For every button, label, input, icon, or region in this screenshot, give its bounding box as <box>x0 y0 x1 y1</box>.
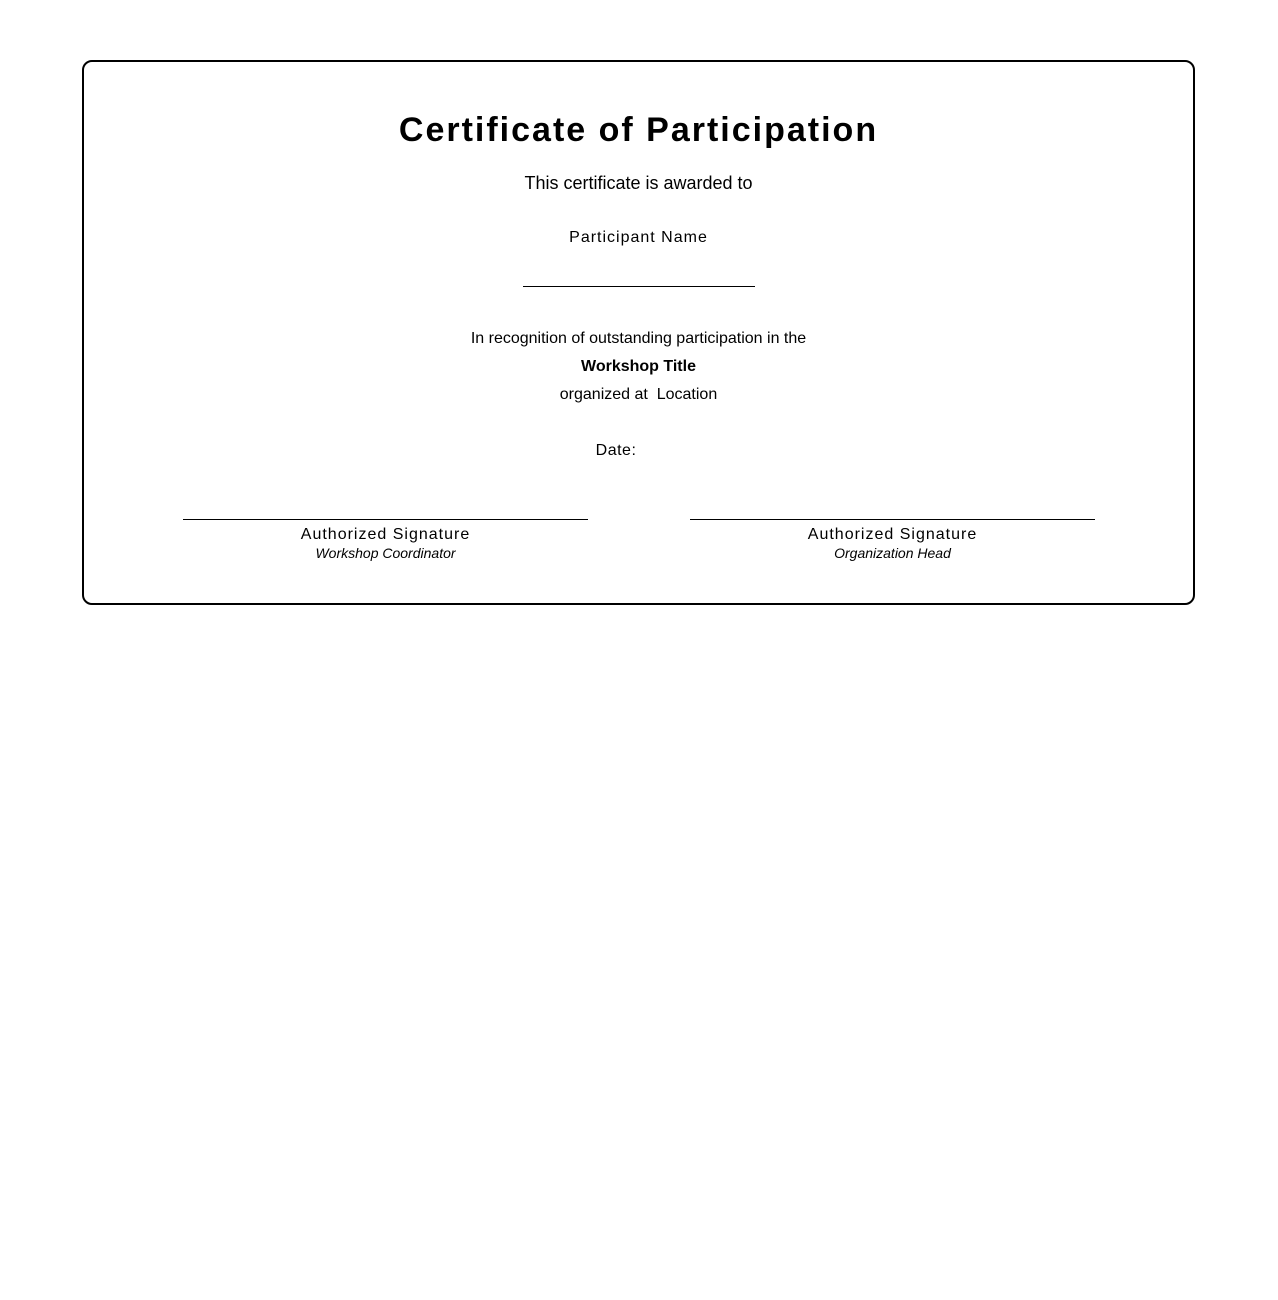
recognition-block: In recognition of outstanding participat… <box>84 325 1193 409</box>
date-row: Date: <box>84 441 1193 461</box>
organized-at-label: organized at <box>560 386 648 403</box>
awarded-text: This certificate is awarded to <box>84 172 1193 194</box>
signature-line <box>690 519 1095 520</box>
signature-block-organization-head: Authorized Signature Organization Head <box>690 519 1095 562</box>
location: Location <box>657 386 718 403</box>
certificate-frame: Certificate of Participation This certif… <box>82 60 1195 605</box>
signature-block-coordinator: Authorized Signature Workshop Coordinato… <box>183 519 588 562</box>
signature-line <box>183 519 588 520</box>
location-line: organized at Location <box>84 381 1193 409</box>
signature-title: Authorized Signature <box>690 525 1095 545</box>
date-label: Date: <box>596 442 637 459</box>
participant-name-underline <box>523 286 755 287</box>
signature-title: Authorized Signature <box>183 525 588 545</box>
recognition-text: In recognition of outstanding participat… <box>84 325 1193 353</box>
workshop-title: Workshop Title <box>84 353 1193 381</box>
signature-role: Workshop Coordinator <box>183 545 588 562</box>
signature-role: Organization Head <box>690 545 1095 562</box>
participant-name: Participant Name <box>84 228 1193 248</box>
certificate-title: Certificate of Participation <box>84 110 1193 150</box>
